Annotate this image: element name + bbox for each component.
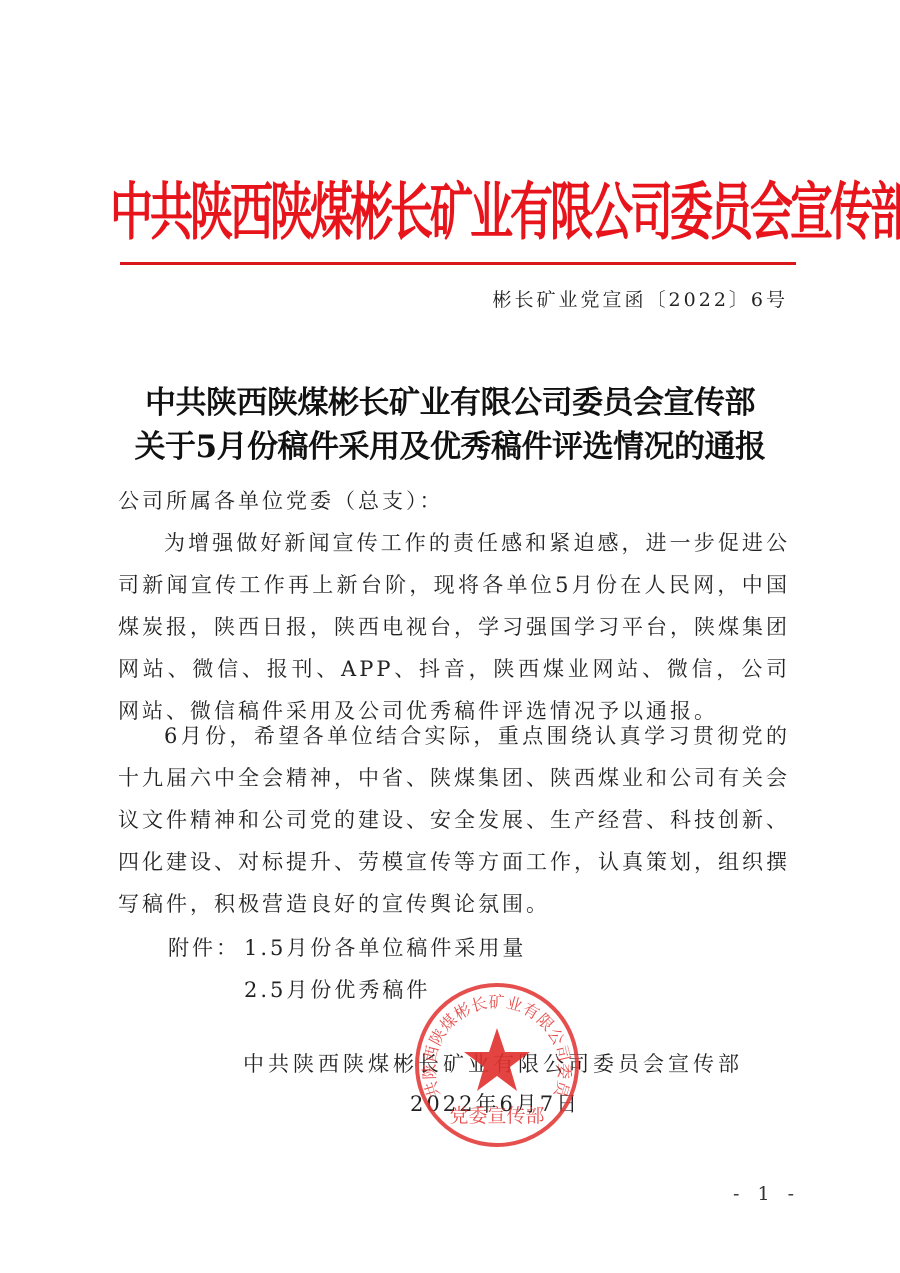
star-icon [464, 1028, 530, 1091]
masthead-char: 煤 [310, 148, 350, 279]
masthead-char: 中 [110, 148, 150, 279]
masthead-char: 传 [830, 148, 870, 279]
masthead-title: 中共陕西陕煤彬长矿业有限公司委员会宣传部 [110, 168, 800, 258]
masthead-char: 业 [470, 148, 510, 279]
page-number: - 1 - [733, 1183, 800, 1205]
masthead-char: 部 [870, 148, 900, 279]
masthead-char: 矿 [430, 148, 470, 279]
body-paragraph-2: 6月份，希望各单位结合实际，重点围绕认真学习贯彻党的十九届六中全会精神，中省、陕… [118, 715, 790, 925]
seal-bottom-text: 党委宣传部 [449, 1105, 544, 1127]
document-number: 彬长矿业党宣函〔2022〕6号 [493, 285, 788, 312]
masthead-char: 长 [390, 148, 430, 279]
attachments-label: 附件： [168, 927, 244, 969]
masthead-char: 陕 [190, 148, 230, 279]
red-divider-line [120, 262, 796, 265]
masthead-char: 委 [670, 148, 710, 279]
salutation: 公司所属各单位党委（总支）： [118, 485, 444, 515]
masthead-char: 彬 [350, 148, 390, 279]
masthead-char: 有 [510, 148, 550, 279]
masthead-char: 会 [750, 148, 790, 279]
document-title-line-1: 中共陕西陕煤彬长矿业有限公司委员会宣传部 [0, 377, 900, 422]
masthead-char: 公 [590, 148, 630, 279]
official-seal-stamp: 中共陕西陕煤彬长矿业有限公司委员会 党委宣传部 [412, 980, 582, 1150]
attachment-item-1: 1.5月份各单位稿件采用量 [244, 927, 526, 969]
masthead-char: 西 [230, 148, 270, 279]
document-title-line-2: 关于5月份稿件采用及优秀稿件评选情况的通报 [0, 421, 900, 466]
masthead-char: 宣 [790, 148, 830, 279]
body-paragraph-1: 为增强做好新闻宣传工作的责任感和紧迫感，进一步促进公司新闻宣传工作再上新台阶，现… [118, 522, 790, 732]
masthead-char: 员 [710, 148, 750, 279]
masthead-char: 共 [150, 148, 190, 279]
masthead-char: 陕 [270, 148, 310, 279]
masthead-char: 司 [630, 148, 670, 279]
masthead-char: 限 [550, 148, 590, 279]
